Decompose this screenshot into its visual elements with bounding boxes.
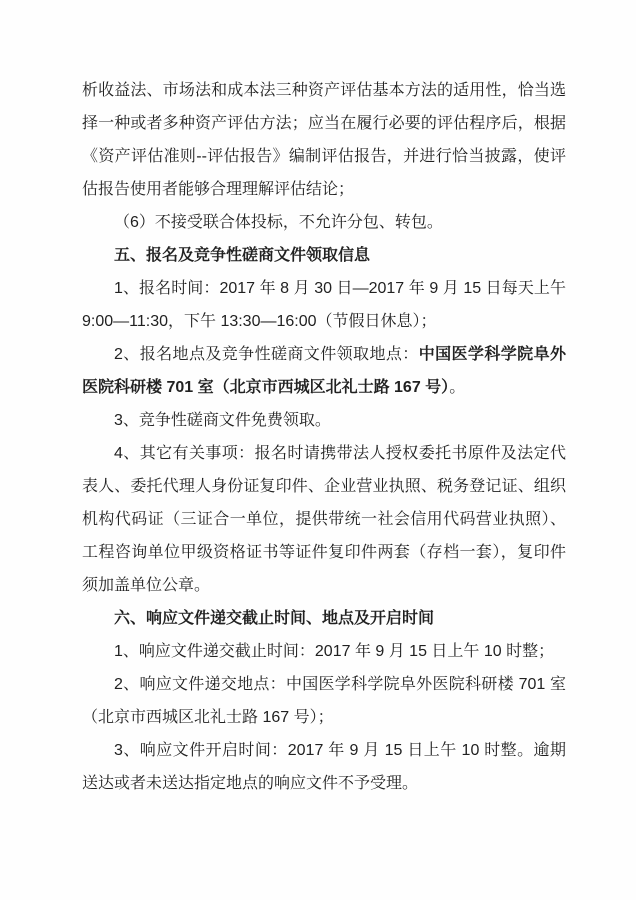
text-run: 五、报名及竞争性磋商文件领取信息 — [114, 247, 370, 264]
text-run: 1、响应文件递交截止时间：2017 年 9 月 15 日上午 10 时整； — [114, 643, 554, 660]
para-6-2-submit-location: 2、响应文件递交地点：中国医学科学院阜外医院科研楼 701 室（北京市西城区北礼… — [82, 668, 566, 734]
text-run: 1、报名时间：2017 年 8 月 30 日—2017 年 9 月 15 日每天… — [82, 280, 566, 330]
para-eval-methods-continuation: 析收益法、市场法和成本法三种资产评估基本方法的适用性，恰当选择一种或者多种资产评… — [82, 74, 566, 206]
heading-section-6: 六、响应文件递交截止时间、地点及开启时间 — [82, 602, 566, 635]
text-run: 析收益法、市场法和成本法三种资产评估基本方法的适用性，恰当选择一种或者多种资产评… — [82, 82, 566, 198]
heading-section-5: 五、报名及竞争性磋商文件领取信息 — [82, 239, 566, 272]
para-6-3-opening-time: 3、响应文件开启时间：2017 年 9 月 15 日上午 10 时整。逾期送达或… — [82, 734, 566, 800]
text-run: 3、竞争性磋商文件免费领取。 — [114, 412, 331, 429]
text-run: （6）不接受联合体投标，不允许分包、转包。 — [114, 214, 443, 231]
para-5-4-other-matters: 4、其它有关事项：报名时请携带法人授权委托书原件及法定代表人、委托代理人身份证复… — [82, 437, 566, 602]
text-run: 4、其它有关事项：报名时请携带法人授权委托书原件及法定代表人、委托代理人身份证复… — [82, 445, 566, 594]
para-5-1-signup-time: 1、报名时间：2017 年 8 月 30 日—2017 年 9 月 15 日每天… — [82, 272, 566, 338]
para-item-6-no-consortium: （6）不接受联合体投标，不允许分包、转包。 — [82, 206, 566, 239]
text-run: 3、响应文件开启时间：2017 年 9 月 15 日上午 10 时整。逾期送达或… — [82, 742, 566, 792]
text-run: 。 — [449, 379, 465, 396]
para-6-1-submit-deadline: 1、响应文件递交截止时间：2017 年 9 月 15 日上午 10 时整； — [82, 635, 566, 668]
document-page: 析收益法、市场法和成本法三种资产评估基本方法的适用性，恰当选择一种或者多种资产评… — [0, 0, 636, 900]
text-run: 2、响应文件递交地点：中国医学科学院阜外医院科研楼 701 室（北京市西城区北礼… — [82, 676, 566, 726]
document-body: 析收益法、市场法和成本法三种资产评估基本方法的适用性，恰当选择一种或者多种资产评… — [82, 74, 566, 800]
para-5-2-signup-location: 2、报名地点及竞争性磋商文件领取地点：中国医学科学院阜外医院科研楼 701 室（… — [82, 338, 566, 404]
text-run: 六、响应文件递交截止时间、地点及开启时间 — [114, 610, 434, 627]
para-5-3-free-document: 3、竞争性磋商文件免费领取。 — [82, 404, 566, 437]
text-run: 2、报名地点及竞争性磋商文件领取地点： — [114, 346, 419, 363]
